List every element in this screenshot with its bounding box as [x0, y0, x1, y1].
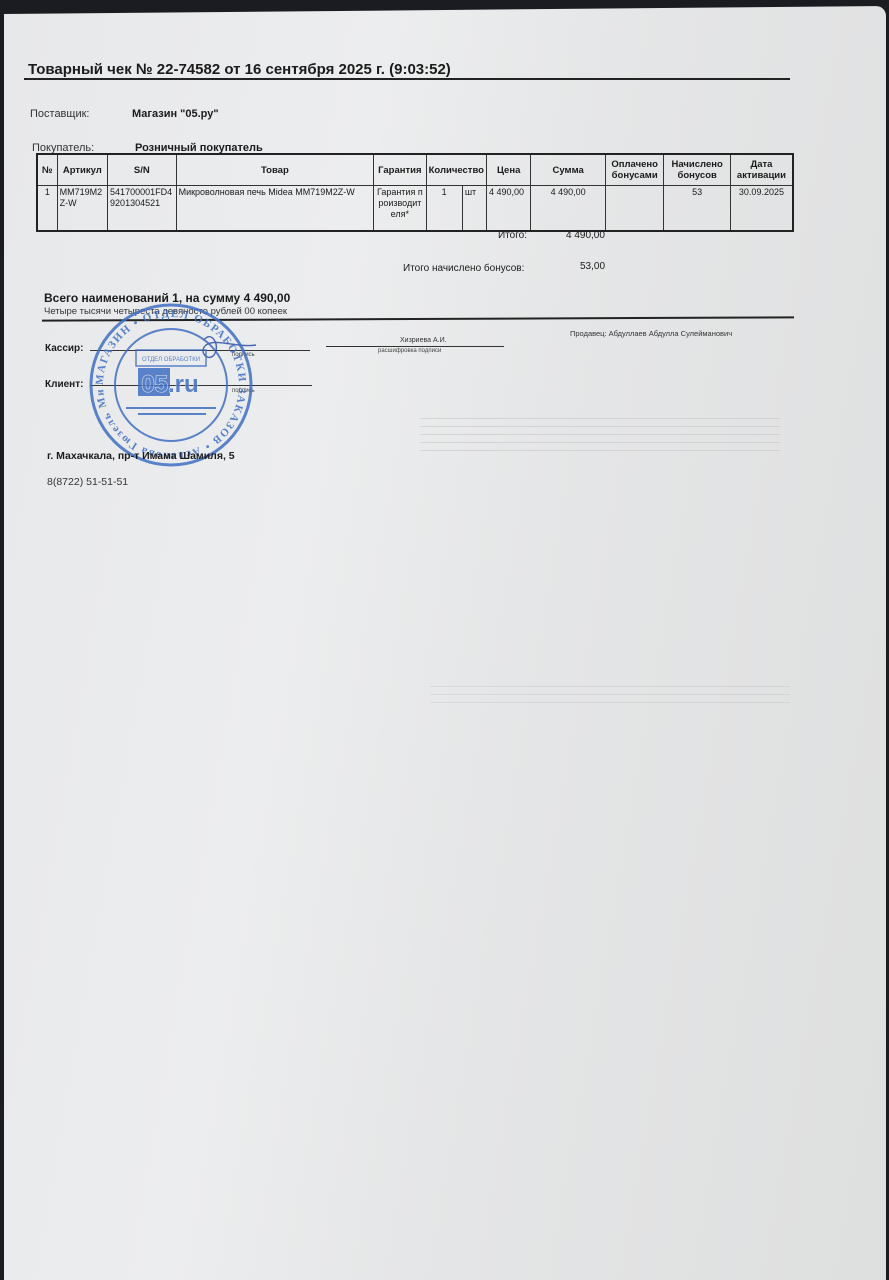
col-activation-date: Дата активации: [730, 154, 793, 186]
col-product: Товар: [176, 154, 374, 186]
row-warranty: Гарантия производителя*: [374, 186, 426, 232]
row-accrued-bonuses: 53: [664, 186, 731, 232]
total-value: 4 490,00: [566, 230, 605, 241]
col-num: №: [37, 154, 57, 186]
row-num: 1: [37, 186, 57, 232]
table-row: 1 MM719M2Z-W 541700001FD49201304521 Микр…: [37, 186, 793, 232]
bonus-total-value: 53,00: [580, 261, 605, 272]
supplier-value: Магазин "05.ру": [132, 108, 219, 120]
row-sum: 4 490,00: [531, 186, 606, 232]
col-paid-bonuses: Оплачено бонусами: [605, 154, 663, 186]
title-divider: [24, 78, 790, 80]
col-sum: Сумма: [531, 154, 606, 186]
cashier-label: Кассир:: [45, 343, 84, 354]
store-stamp: МАГАЗИН • ОТДЕЛ ОБРАБОТКИ ЗАКАЗОВ • Асла…: [86, 300, 256, 470]
stamp-dept-text: ОТДЕЛ ОБРАБОТКИ: [142, 357, 200, 363]
stamp-logo-text: 05.ru: [141, 371, 198, 398]
row-product: Микроволновая печь Midea MM719M2Z-W: [176, 186, 374, 232]
bleed-through-text: [420, 418, 780, 458]
col-warranty: Гарантия: [374, 154, 426, 186]
receipt-title: Товарный чек № 22-74582 от 16 сентября 2…: [28, 61, 451, 78]
col-sn: S/N: [108, 154, 177, 186]
bonus-total-label: Итого начислено бонусов:: [403, 263, 524, 274]
total-label: Итого:: [498, 230, 527, 241]
seller-name: Продавец: Абдуллаев Абдулла Сулейманович: [570, 329, 732, 338]
name-decode-caption: расшифровка подписи: [378, 348, 441, 354]
row-article: MM719M2Z-W: [57, 186, 107, 232]
client-label: Клиент:: [45, 379, 83, 390]
col-accrued-bonuses: Начислено бонусов: [664, 154, 731, 186]
supplier-label: Поставщик:: [30, 108, 89, 120]
col-article: Артикул: [57, 154, 107, 186]
row-paid-bonuses: [605, 186, 663, 232]
row-activation-date: 30.09.2025: [730, 186, 793, 232]
store-phone: 8(8722) 51-51-51: [47, 476, 128, 488]
row-price: 4 490,00: [487, 186, 531, 232]
cashier-name-line: [326, 346, 504, 347]
row-unit: шт: [462, 186, 486, 232]
bleed-through-text: [430, 680, 790, 710]
row-qty: 1: [426, 186, 462, 232]
cashier-name: Хизриева А.И.: [400, 337, 447, 344]
col-price: Цена: [487, 154, 531, 186]
col-qty: Количество: [426, 154, 486, 186]
store-address: г. Махачкала, пр-т Имама Шамиля, 5: [47, 450, 235, 462]
row-sn: 541700001FD49201304521: [108, 186, 177, 232]
items-table: № Артикул S/N Товар Гарантия Количество …: [36, 153, 794, 232]
table-header-row: № Артикул S/N Товар Гарантия Количество …: [37, 154, 793, 186]
